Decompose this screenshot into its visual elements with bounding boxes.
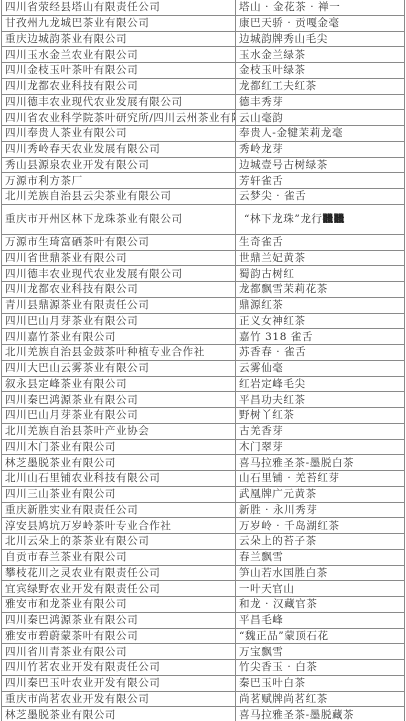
company-cell: 四川巴山月芽茶业有限公司 (2, 313, 236, 329)
company-cell: 四川金枝玉叶茶叶有限公司 (2, 63, 236, 79)
product-name: 木门翠芽 (239, 441, 283, 453)
product-cell: 新胜 · 永川秀芽 (236, 502, 405, 518)
company-cell: 北川山石里铺农业科技有限公司 (2, 471, 236, 487)
table-row: 四川巴山月芽茶业有限公司正义女神红茶 (2, 313, 405, 329)
company-cell: 宜宾绿野农业开发有限责任公司 (2, 581, 236, 597)
company-cell: 秀山县源泉农业开发有限公司 (2, 157, 236, 173)
product-name-suffix: 𪚥𪚥 (323, 213, 345, 225)
product-name: 竹尖香玉 · 白茶 (239, 661, 317, 673)
award-list-table: 四川省荥经县塔山有限责任公司塔山 · 金花茶 · 禅一甘孜州九龙城巴茶业有限公司… (1, 0, 405, 721)
product-cell: 秀岭龙芽 (236, 141, 405, 157)
product-name: 云朵上的苔子茶 (239, 535, 317, 547)
product-name: 云山毫韵 (239, 112, 283, 124)
product-cell: 蜀韵古树红 (236, 266, 405, 282)
company-cell: 四川秀岭春天农业发展有限公司 (2, 141, 236, 157)
product-cell: 竹尖香玉 · 白茶 (236, 660, 405, 676)
product-cell: 德丰秀芽 (236, 94, 405, 110)
table-row: 万源市利方茶厂芳轩雀舌 (2, 173, 405, 189)
company-cell: 四川竹茗农业开发有限责任公司 (2, 660, 236, 676)
table-row: 重庆边城韵茶业有限公司边城韵牌秀山毛尖 (2, 31, 405, 47)
award-list-table-container: 四川省荥经县塔山有限责任公司塔山 · 金花茶 · 禅一甘孜州九龙城巴茶业有限公司… (1, 0, 404, 721)
company-cell: 重庆市尚茗农业开发有限公司 (2, 691, 236, 707)
product-cell: 万宝飘雪 (236, 644, 405, 660)
table-row: 四川巴山月芽茶业有限公司野树丫红茶 (2, 408, 405, 424)
table-row: 四川龙都农业科技有限公司龙都飘雪茉莉花茶 (2, 282, 405, 298)
product-name: 龙都飘雪茉莉花茶 (239, 283, 328, 295)
table-row: 北川山石里铺农业科技有限公司山石里铺 · 羌苔红芽 (2, 471, 405, 487)
product-cell: 红岩定峰毛尖 (236, 376, 405, 392)
product-name: 边城壹号古树绿茶 (239, 159, 328, 171)
company-cell: 北川羌族自治县云尖茶业有限公司 (2, 189, 236, 205)
product-name: 平昌毛峰 (239, 614, 283, 626)
table-row: 四川大巴山云雾茶业有限公司云雾仙毫 (2, 360, 405, 376)
product-cell: 龙都红工夫红茶 (236, 78, 405, 94)
company-cell: 四川秦巴鸿源茶业有限公司 (2, 392, 236, 408)
product-cell: 鼎源红茶 (236, 297, 405, 313)
product-name: 鼎源红茶 (239, 299, 283, 311)
product-name: 德丰秀芽 (239, 96, 283, 108)
product-cell: 秦巴玉叶白茶 (236, 675, 405, 691)
company-cell: 四川秦巴玉叶农业开发有限公司 (2, 675, 236, 691)
product-cell: 康巴天骄 · 贡嘎金毫 (236, 15, 405, 31)
table-row: 重庆市开州区林下龙珠茶业有限公司“林下龙珠”龙行𪚥𪚥 (2, 204, 405, 234)
company-cell: 四川木门茶业有限公司 (2, 439, 236, 455)
company-cell: 青川县鼎源茶业有限责任公司 (2, 297, 236, 313)
product-name: 世鼎兰妃黄茶 (239, 252, 306, 264)
product-name: 塔山 · 金花茶 · 禅一 (239, 1, 340, 13)
product-name: 春兰飘雪 (239, 551, 283, 563)
table-row: 重庆新胜实业有限责任公司新胜 · 永川秀芽 (2, 502, 405, 518)
table-row: 四川省农业科学院茶叶研究所/四川云州茶业有限公司云山毫韵 (2, 110, 405, 126)
product-cell: 嘉竹 318 雀舌 (236, 329, 405, 345)
product-name: 古羌香芽 (239, 425, 283, 437)
product-name: 平昌功夫红茶 (239, 394, 306, 406)
table-row: 四川德丰农业现代农业发展有限公司蜀韵古树红 (2, 266, 405, 282)
product-name: 万岁岭 · 千岛湖红茶 (239, 520, 340, 532)
company-cell: 四川巴山月芽茶业有限公司 (2, 408, 236, 424)
product-name: 野树丫红茶 (239, 409, 295, 421)
product-cell: 边城壹号古树绿茶 (236, 157, 405, 173)
company-cell: 北川羌族自治县茶叶产业协会 (2, 423, 236, 439)
product-name: 万宝飘雪 (239, 646, 283, 658)
product-name: 奉贵人-金犍茉莉龙毫 (239, 127, 343, 139)
product-name: 喜马拉雅圣茶-墨脱藏茶 (239, 709, 354, 721)
product-cell: 和龙 · 汉藏官茶 (236, 597, 405, 613)
product-cell: 万岁岭 · 千岛湖红茶 (236, 518, 405, 534)
table-row: 淳安县鸠坑万岁岭茶叶专业合作社万岁岭 · 千岛湖红茶 (2, 518, 405, 534)
product-name: “魏正品”蒙顶石花 (239, 630, 329, 642)
product-name: 和龙 · 汉藏官茶 (239, 598, 317, 610)
table-row: 四川省荥经县塔山有限责任公司塔山 · 金花茶 · 禅一 (2, 0, 405, 15)
product-cell: 龙都飘雪茉莉花茶 (236, 282, 405, 298)
table-row: 四川嘉竹茶业有限公司嘉竹 318 雀舌 (2, 329, 405, 345)
product-name: 一叶天官山 (239, 583, 295, 595)
product-name: 云梦尖 · 雀舌 (239, 190, 306, 202)
table-row: 林芝墨脱茶业有限公司喜马拉雅圣茶-墨脱白茶 (2, 455, 405, 471)
product-name: 喜马拉雅圣茶-墨脱白茶 (239, 457, 354, 469)
product-cell: 正义女神红茶 (236, 313, 405, 329)
table-row: 北川云朵上的茶茶业有限公司云朵上的苔子茶 (2, 534, 405, 550)
table-row: 四川竹茗农业开发有限责任公司竹尖香玉 · 白茶 (2, 660, 405, 676)
product-name: 生奇雀舌 (239, 236, 283, 248)
product-name: 苏香春 · 雀舌 (239, 346, 306, 358)
company-cell: 林芝墨脱茶业有限公司 (2, 707, 236, 721)
product-name: 红岩定峰毛尖 (239, 378, 306, 390)
product-cell: 武凰牌广元黄茶 (236, 486, 405, 502)
product-cell: 古羌香芽 (236, 423, 405, 439)
product-cell: 笋山若水国胜白茶 (236, 565, 405, 581)
table-row: 北川羌族自治县金鼓茶叶种植专业合作社苏香春 · 雀舌 (2, 345, 405, 361)
company-cell: 四川省荥经县塔山有限责任公司 (2, 0, 236, 15)
table-row: 四川木门茶业有限公司木门翠芽 (2, 439, 405, 455)
table-row: 宜宾绿野农业开发有限责任公司一叶天官山 (2, 581, 405, 597)
product-cell: 金枝玉叶绿茶 (236, 63, 405, 79)
product-cell: 春兰飘雪 (236, 549, 405, 565)
company-cell: 淳安县鸠坑万岁岭茶叶专业合作社 (2, 518, 236, 534)
product-cell: “魏正品”蒙顶石花 (236, 628, 405, 644)
company-cell: 重庆边城韵茶业有限公司 (2, 31, 236, 47)
product-name: 康巴天骄 · 贡嘎金毫 (239, 17, 340, 29)
product-cell: 云雾仙毫 (236, 360, 405, 376)
company-cell: 雅安市碧蔚蒙茶叶有限公司 (2, 628, 236, 644)
table-row: 重庆市尚茗农业开发有限公司尚茗赋牌尚茗红茶 (2, 691, 405, 707)
company-cell: 万源市利方茶厂 (2, 173, 236, 189)
product-name: 笋山若水国胜白茶 (239, 567, 328, 579)
company-cell: 叙永县定峰茶业有限公司 (2, 376, 236, 392)
table-body: 四川省荥经县塔山有限责任公司塔山 · 金花茶 · 禅一甘孜州九龙城巴茶业有限公司… (2, 0, 405, 721)
table-row: 叙永县定峰茶业有限公司红岩定峰毛尖 (2, 376, 405, 392)
table-row: 青川县鼎源茶业有限责任公司鼎源红茶 (2, 297, 405, 313)
product-cell: 喜马拉雅圣茶-墨脱藏茶 (236, 707, 405, 721)
product-cell: 山石里铺 · 羌苔红芽 (236, 471, 405, 487)
product-cell: 喜马拉雅圣茶-墨脱白茶 (236, 455, 405, 471)
product-name: 嘉竹 318 雀舌 (239, 331, 313, 343)
table-row: 四川秀岭春天农业发展有限公司秀岭龙芽 (2, 141, 405, 157)
product-name: 边城韵牌秀山毛尖 (239, 33, 328, 45)
company-cell: 四川奉贵人茶业有限公司 (2, 126, 236, 142)
company-cell: 甘孜州九龙城巴茶业有限公司 (2, 15, 236, 31)
product-name: 武凰牌广元黄茶 (239, 488, 317, 500)
product-cell: 玉水金兰绿茶 (236, 47, 405, 63)
table-row: 四川三山茶业有限公司武凰牌广元黄茶 (2, 486, 405, 502)
product-cell: 云山毫韵 (236, 110, 405, 126)
company-cell: 四川大巴山云雾茶业有限公司 (2, 360, 236, 376)
company-cell: 四川省世鼎茶业有限公司 (2, 250, 236, 266)
company-cell: 四川德丰农业现代农业发展有限公司 (2, 94, 236, 110)
company-cell: 重庆市开州区林下龙珠茶业有限公司 (2, 204, 236, 234)
product-name: 龙都红工夫红茶 (239, 80, 317, 92)
company-cell: 四川省川青茶业有限公司 (2, 644, 236, 660)
company-cell: 自贡市春兰茶业有限公司 (2, 549, 236, 565)
company-cell: 四川省农业科学院茶叶研究所/四川云州茶业有限公司 (2, 110, 236, 126)
company-cell: 重庆新胜实业有限责任公司 (2, 502, 236, 518)
product-cell: 一叶天官山 (236, 581, 405, 597)
table-row: 四川奉贵人茶业有限公司奉贵人-金犍茉莉龙毫 (2, 126, 405, 142)
table-row: 四川秦巴鸿源茶业有限公司平昌毛峰 (2, 612, 405, 628)
product-cell: 苏香春 · 雀舌 (236, 345, 405, 361)
product-name: “林下龙珠”龙行 (244, 213, 323, 225)
product-cell: 塔山 · 金花茶 · 禅一 (236, 0, 405, 15)
product-name: 金枝玉叶绿茶 (239, 64, 306, 76)
product-cell: 生奇雀舌 (236, 234, 405, 250)
table-row: 四川秦巴玉叶农业开发有限公司秦巴玉叶白茶 (2, 675, 405, 691)
product-name: 山石里铺 · 羌苔红芽 (239, 472, 340, 484)
table-row: 四川玉水金兰农业有限公司玉水金兰绿茶 (2, 47, 405, 63)
product-cell: 世鼎兰妃黄茶 (236, 250, 405, 266)
company-cell: 万源市生琦富硒茶叶有限公司 (2, 234, 236, 250)
table-row: 雅安市和龙茶业有限公司和龙 · 汉藏官茶 (2, 597, 405, 613)
product-cell: 野树丫红茶 (236, 408, 405, 424)
product-cell: 尚茗赋牌尚茗红茶 (236, 691, 405, 707)
product-name: 玉水金兰绿茶 (239, 49, 306, 61)
product-cell: 木门翠芽 (236, 439, 405, 455)
company-cell: 攀枝花川之灵农业有限责任公司 (2, 565, 236, 581)
product-cell: 云梦尖 · 雀舌 (236, 189, 405, 205)
product-cell: 平昌功夫红茶 (236, 392, 405, 408)
product-cell: 奉贵人-金犍茉莉龙毫 (236, 126, 405, 142)
table-row: 四川德丰农业现代农业发展有限公司德丰秀芽 (2, 94, 405, 110)
product-name: 云雾仙毫 (239, 362, 283, 374)
table-row: 甘孜州九龙城巴茶业有限公司康巴天骄 · 贡嘎金毫 (2, 15, 405, 31)
table-row: 林芝墨脱茶业有限公司喜马拉雅圣茶-墨脱藏茶 (2, 707, 405, 721)
company-cell: 四川秦巴鸿源茶业有限公司 (2, 612, 236, 628)
table-row: 雅安市碧蔚蒙茶叶有限公司“魏正品”蒙顶石花 (2, 628, 405, 644)
table-row: 自贡市春兰茶业有限公司春兰飘雪 (2, 549, 405, 565)
table-row: 四川龙都农业科技有限公司龙都红工夫红茶 (2, 78, 405, 94)
table-row: 四川省川青茶业有限公司万宝飘雪 (2, 644, 405, 660)
company-cell: 四川嘉竹茶业有限公司 (2, 329, 236, 345)
product-cell: 边城韵牌秀山毛尖 (236, 31, 405, 47)
table-row: 北川羌族自治县云尖茶业有限公司云梦尖 · 雀舌 (2, 189, 405, 205)
table-row: 万源市生琦富硒茶叶有限公司生奇雀舌 (2, 234, 405, 250)
product-name: 新胜 · 永川秀芽 (239, 504, 317, 516)
product-cell: 芳轩雀舌 (236, 173, 405, 189)
table-row: 北川羌族自治县茶叶产业协会古羌香芽 (2, 423, 405, 439)
product-name: 芳轩雀舌 (239, 175, 283, 187)
company-cell: 四川三山茶业有限公司 (2, 486, 236, 502)
company-cell: 北川羌族自治县金鼓茶叶种植专业合作社 (2, 345, 236, 361)
company-cell: 四川德丰农业现代农业发展有限公司 (2, 266, 236, 282)
product-cell: 平昌毛峰 (236, 612, 405, 628)
product-cell: 云朵上的苔子茶 (236, 534, 405, 550)
product-name: 秀岭龙芽 (239, 143, 283, 155)
company-cell: 林芝墨脱茶业有限公司 (2, 455, 236, 471)
table-row: 四川金枝玉叶茶叶有限公司金枝玉叶绿茶 (2, 63, 405, 79)
company-cell: 四川玉水金兰农业有限公司 (2, 47, 236, 63)
table-row: 攀枝花川之灵农业有限责任公司笋山若水国胜白茶 (2, 565, 405, 581)
company-cell: 北川云朵上的茶茶业有限公司 (2, 534, 236, 550)
product-cell: “林下龙珠”龙行𪚥𪚥 (236, 204, 405, 234)
table-row: 秀山县源泉农业开发有限公司边城壹号古树绿茶 (2, 157, 405, 173)
table-row: 四川省世鼎茶业有限公司世鼎兰妃黄茶 (2, 250, 405, 266)
product-name: 尚茗赋牌尚茗红茶 (239, 693, 328, 705)
company-cell: 四川龙都农业科技有限公司 (2, 282, 236, 298)
product-name: 蜀韵古树红 (239, 268, 295, 280)
company-cell: 雅安市和龙茶业有限公司 (2, 597, 236, 613)
company-cell: 四川龙都农业科技有限公司 (2, 78, 236, 94)
product-name: 秦巴玉叶白茶 (239, 677, 306, 689)
product-name: 正义女神红茶 (239, 315, 306, 327)
table-row: 四川秦巴鸿源茶业有限公司平昌功夫红茶 (2, 392, 405, 408)
